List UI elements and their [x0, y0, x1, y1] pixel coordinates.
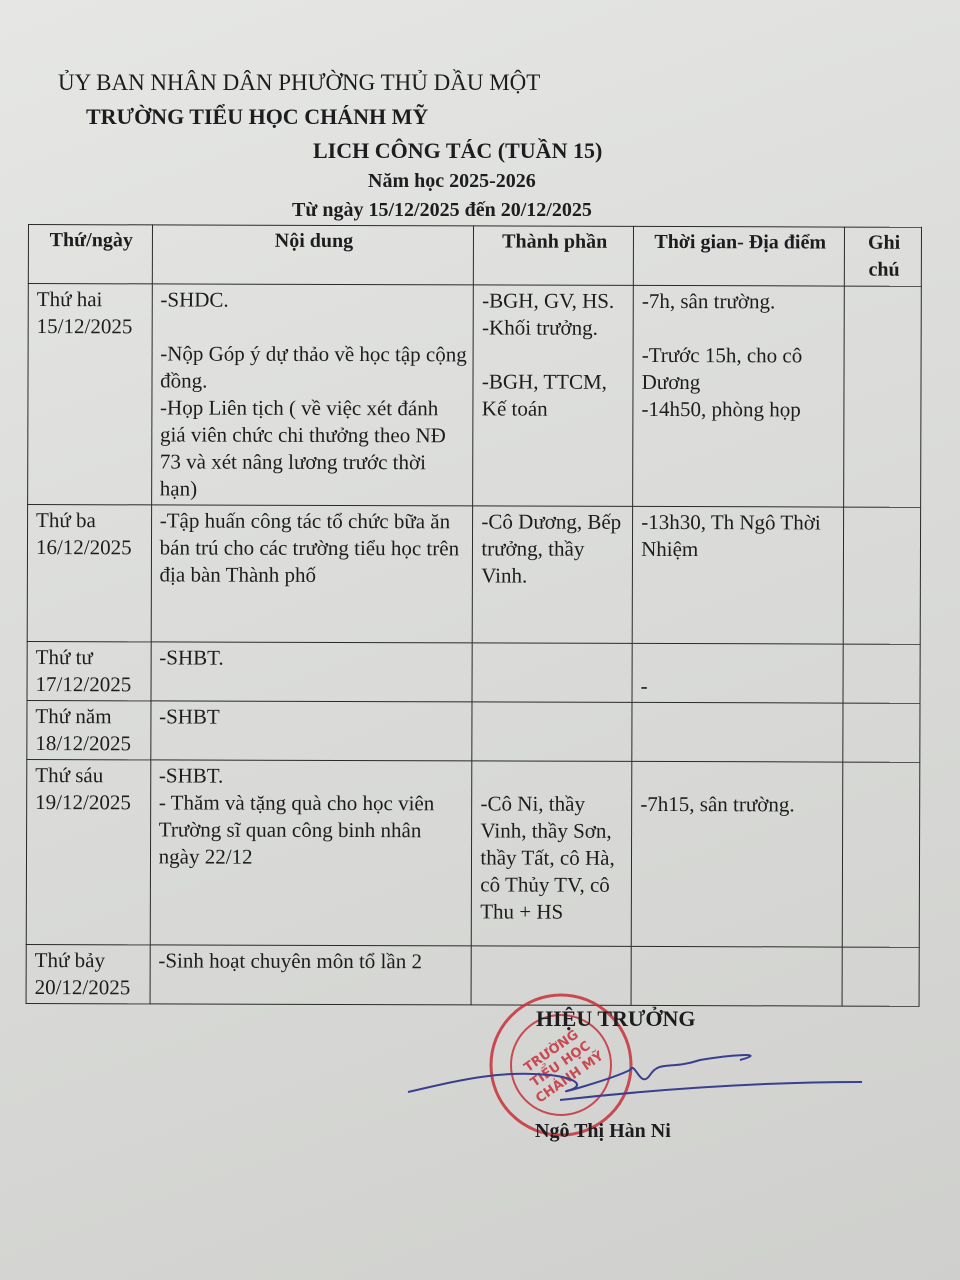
note-cell [843, 644, 920, 703]
day-cell: Thứ bảy20/12/2025 [26, 944, 150, 1003]
participants-text: -Khối trưởng. [482, 314, 627, 341]
document-title: LICH CÔNG TÁC (TUẦN 15) [313, 138, 602, 164]
signature-icon [400, 1030, 870, 1110]
day-text: Thứ bảy [35, 947, 144, 974]
time-place-text [640, 949, 836, 977]
time-place-cell [632, 702, 843, 762]
day-cell: Thứ ba16/12/2025 [27, 505, 151, 642]
participants-text: -BGH, GV, HS. [482, 287, 627, 314]
content-text: -SHBT [159, 703, 466, 731]
participants-cell: -BGH, GV, HS.-Khối trưởng.-BGH, TTCM, Kế… [473, 285, 633, 507]
content-cell: -SHBT [150, 701, 472, 761]
content-cell: -Tập huấn công tác tổ chức bữa ăn bán tr… [151, 505, 473, 643]
content-cell: -SHBT.- Thăm và tặng quà cho học viên Tr… [150, 760, 472, 946]
agency-name: ỦY BAN NHÂN DÂN PHƯỜNG THỦ DẦU MỘT [58, 70, 540, 96]
schedule-table: Thứ/ngày Nội dung Thành phần Thời gian- … [26, 224, 922, 1007]
note-cell [843, 703, 920, 762]
participants-text [481, 645, 626, 672]
participants-text [481, 704, 626, 731]
content-cell: -Sinh hoạt chuyên môn tổ lần 2 [150, 945, 472, 1005]
note-cell [844, 507, 921, 644]
note-cell [844, 286, 921, 507]
content-cell: -SHBT. [151, 642, 473, 702]
content-text: -SHBT. [159, 762, 466, 790]
participants-text [481, 763, 626, 790]
time-place-text [641, 646, 837, 674]
note-text [852, 647, 914, 674]
table-row: Thứ hai15/12/2025-SHDC.-Nộp Góp ý dự thả… [28, 284, 922, 508]
day-text: Thứ năm [35, 703, 144, 730]
time-place-cell: -7h15, sân trường. [631, 761, 843, 947]
participants-cell: -Cô Ni, thầy Vinh, thầy Sơn, thầy Tất, c… [472, 761, 632, 947]
time-place-text: -7h15, sân trường. [640, 791, 836, 819]
time-place-text: -14h50, phòng họp [642, 396, 838, 424]
note-text [852, 510, 914, 537]
table-row: Thứ năm18/12/2025-SHBT [27, 700, 920, 762]
note-text [853, 289, 915, 316]
day-text: 17/12/2025 [36, 671, 145, 698]
signer-name: Ngô Thị Hàn Ni [535, 1120, 671, 1143]
content-text: -Nộp Góp ý dự thảo về học tập cộng đồng. [160, 340, 467, 395]
content-text: -Sinh hoạt chuyên môn tổ lần 2 [158, 947, 465, 975]
participants-text: -Cô Ni, thầy Vinh, thầy Sơn, thầy Tất, c… [480, 790, 625, 925]
time-place-text: -7h, sân trường. [642, 288, 838, 316]
day-text: 16/12/2025 [36, 534, 145, 561]
participants-cell [472, 643, 632, 703]
time-place-text: -13h30, Th Ngô Thời Nhiệm [641, 509, 837, 564]
day-text: 20/12/2025 [35, 974, 144, 1001]
day-text: 18/12/2025 [35, 730, 144, 757]
participants-cell [472, 702, 632, 762]
participants-text [482, 341, 627, 368]
col-header-time-place: Thời gian- Địa điểm [633, 226, 844, 286]
time-place-text [641, 705, 837, 733]
day-text: Thứ hai [37, 286, 146, 313]
day-cell: Thứ hai15/12/2025 [28, 284, 152, 505]
day-cell: Thứ năm18/12/2025 [27, 700, 151, 759]
content-text: -SHBT. [159, 644, 466, 672]
note-text [851, 950, 913, 977]
time-place-cell: - [632, 643, 843, 703]
note-cell [843, 762, 920, 947]
time-place-cell [631, 946, 842, 1006]
time-place-cell: -7h, sân trường.-Trước 15h, cho cô Dương… [633, 285, 845, 507]
time-place-text [642, 315, 838, 343]
content-cell: -SHDC.-Nộp Góp ý dự thảo về học tập cộng… [151, 284, 473, 506]
school-name: TRƯỜNG TIỂU HỌC CHÁNH MỸ [86, 104, 428, 130]
col-header-note: Ghi chú [845, 227, 922, 286]
signer-title: HIỆU TRƯỞNG [536, 1006, 696, 1032]
time-place-text [640, 764, 836, 792]
participants-text: -BGH, TTCM, Kế toán [482, 368, 627, 422]
table-row: Thứ tư17/12/2025-SHBT.- [27, 641, 920, 703]
time-place-cell: -13h30, Th Ngô Thời Nhiệm [632, 506, 844, 644]
time-place-text: - [641, 673, 837, 701]
table-header-row: Thứ/ngày Nội dung Thành phần Thời gian- … [28, 225, 921, 287]
content-text: - Thăm và tặng quà cho học viên Trường s… [159, 789, 466, 871]
day-cell: Thứ tư17/12/2025 [27, 641, 151, 700]
day-text: 19/12/2025 [35, 789, 144, 816]
col-header-participants: Thành phần [474, 226, 634, 286]
time-place-text: -Trước 15h, cho cô Dương [642, 342, 838, 397]
day-text: 15/12/2025 [37, 313, 146, 340]
participants-text [480, 948, 625, 975]
day-text: Thứ sáu [35, 762, 144, 789]
day-text: Thứ ba [36, 507, 145, 534]
note-text [852, 765, 914, 792]
col-header-content: Nội dung [152, 225, 474, 285]
content-text: -SHDC. [160, 286, 467, 314]
col-header-day: Thứ/ngày [28, 225, 152, 284]
participants-text: -Cô Dương, Bếp trưởng, thầy Vinh. [481, 508, 626, 589]
content-text: -Họp Liên tịch ( về việc xét đánh giá vi… [160, 394, 467, 503]
day-text: Thứ tư [36, 644, 145, 671]
participants-cell: -Cô Dương, Bếp trưởng, thầy Vinh. [473, 506, 633, 644]
content-text: -Tập huấn công tác tổ chức bữa ăn bán tr… [160, 507, 467, 589]
content-text [160, 313, 467, 341]
table-row: Thứ ba16/12/2025-Tập huấn công tác tổ ch… [27, 505, 920, 645]
note-cell [842, 947, 919, 1006]
table-row: Thứ sáu19/12/2025-SHBT.- Thăm và tặng qu… [26, 759, 920, 947]
date-range: Từ ngày 15/12/2025 đến 20/12/2025 [292, 199, 592, 222]
school-year: Năm học 2025-2026 [368, 170, 536, 193]
note-text [852, 706, 914, 733]
table-row: Thứ bảy20/12/2025-Sinh hoạt chuyên môn t… [26, 944, 919, 1006]
day-cell: Thứ sáu19/12/2025 [26, 759, 150, 944]
